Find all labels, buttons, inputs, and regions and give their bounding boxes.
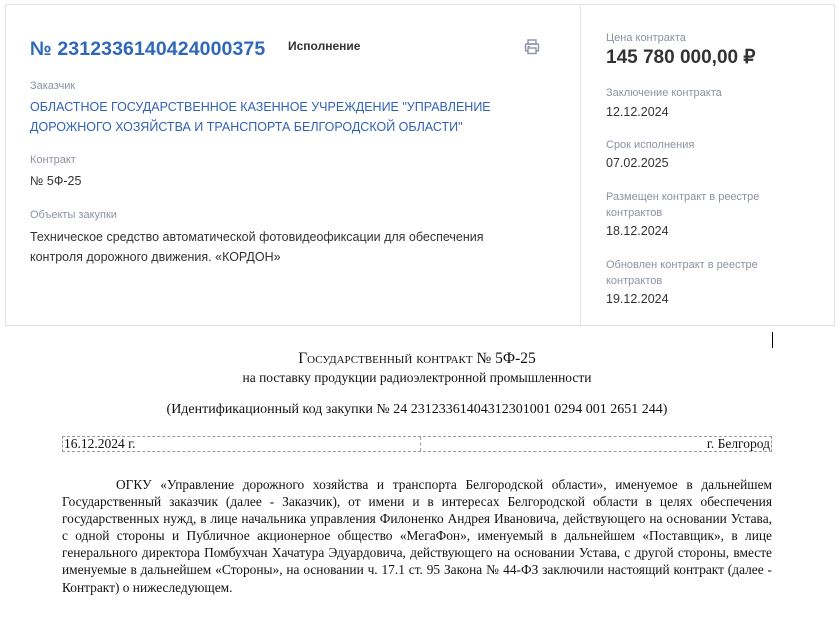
printer-icon[interactable] bbox=[523, 38, 541, 56]
text-cursor bbox=[772, 332, 773, 348]
document-subtitle: на поставку продукции радиоэлектронной п… bbox=[60, 370, 774, 386]
document-title: Государственный контракт № 5Ф-25 bbox=[60, 350, 774, 368]
contract-label: Контракт bbox=[30, 154, 76, 166]
conclusion-label: Заключение контракта bbox=[606, 85, 796, 101]
status-badge: Исполнение bbox=[288, 39, 360, 53]
procurement-code: (Идентификационный код закупки № 24 2312… bbox=[60, 402, 774, 418]
registry-number[interactable]: № 2312336140424000375 bbox=[30, 38, 265, 61]
contract-number: № 5Ф-25 bbox=[30, 171, 81, 191]
posted-date: 18.12.2024 bbox=[606, 224, 669, 238]
price-value: 145 780 000,00 ₽ bbox=[606, 46, 755, 69]
contract-summary: Цена контракта 145 780 000,00 ₽ Заключен… bbox=[581, 5, 834, 325]
document-date: 16.12.2024 г. bbox=[63, 437, 421, 451]
document-city: г. Белгород bbox=[421, 437, 771, 451]
objects-label: Объекты закупки bbox=[30, 209, 117, 221]
contract-main-info: № 2312336140424000375 Исполнение Заказчи… bbox=[6, 5, 581, 325]
date-place-table: 16.12.2024 г. г. Белгород bbox=[62, 436, 772, 452]
customer-link[interactable]: ОБЛАСТНОЕ ГОСУДАРСТВЕННОЕ КАЗЕННОЕ УЧРЕЖ… bbox=[30, 97, 500, 137]
deadline-date: 07.02.2025 bbox=[606, 156, 669, 170]
contract-card: № 2312336140424000375 Исполнение Заказчи… bbox=[5, 4, 835, 326]
preamble-paragraph: ОГКУ «Управление дорожного хозяйства и т… bbox=[62, 476, 772, 596]
price-label: Цена контракта bbox=[606, 30, 796, 46]
updated-date: 19.12.2024 bbox=[606, 292, 669, 306]
conclusion-date: 12.12.2024 bbox=[606, 105, 669, 119]
deadline-label: Срок исполнения bbox=[606, 137, 796, 153]
posted-label: Размещен контракт в реестре контрактов bbox=[606, 189, 796, 221]
objects-value: Техническое средство автоматической фото… bbox=[30, 227, 530, 267]
customer-label: Заказчик bbox=[30, 80, 75, 92]
updated-label: Обновлен контракт в реестре контрактов bbox=[606, 257, 796, 289]
